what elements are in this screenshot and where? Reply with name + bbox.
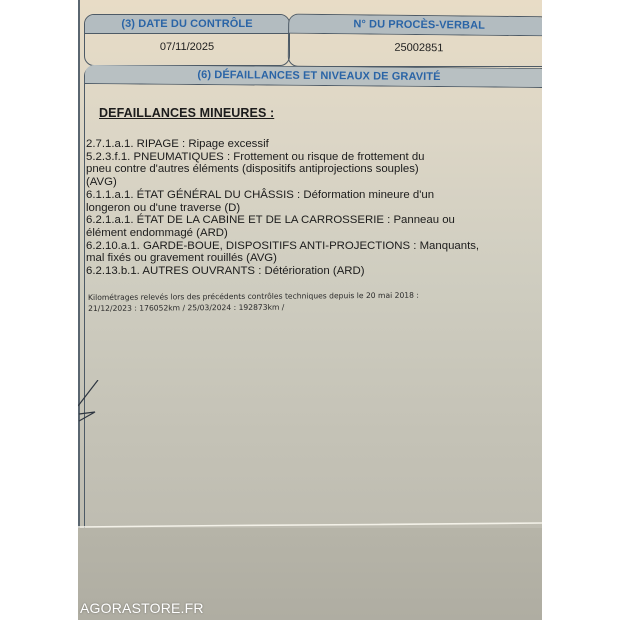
document-photo: (3) DATE DU CONTRÔLE 07/11/2025 N° DU PR…	[78, 0, 542, 620]
defects-section-title: (6) DÉFAILLANCES ET NIVEAUX DE GRAVITÉ	[85, 65, 542, 88]
pv-number-value: 25002851	[289, 34, 542, 56]
watermark: AGORASTORE.FR	[80, 600, 204, 616]
date-control-box: (3) DATE DU CONTRÔLE 07/11/2025	[84, 14, 290, 66]
mileage-history: Kilométrages relevés lors des précédents…	[88, 289, 533, 314]
minor-defects-heading: DEFAILLANCES MINEURES :	[99, 106, 533, 120]
defect-line: pneu contre d'autres éléments (dispositi…	[86, 163, 533, 176]
page-fold-line	[78, 522, 542, 528]
pv-number-box: N° DU PROCÈS-VERBAL 25002851	[288, 14, 542, 70]
pen-mark-icon	[78, 380, 118, 430]
mileage-readings: 21/12/2023 : 176052km / 25/03/2024 : 192…	[88, 300, 533, 314]
defect-line: 6.2.13.b.1. AUTRES OUVRANTS : Détériorat…	[86, 265, 533, 278]
defect-line: élément endommagé (ARD)	[86, 227, 533, 240]
defect-line: (AVG)	[86, 176, 533, 189]
defect-line: 2.7.1.a.1. RIPAGE : Ripage excessif	[86, 138, 533, 151]
defect-line: 6.1.1.a.1. ÉTAT GÉNÉRAL DU CHÂSSIS : Déf…	[86, 189, 533, 202]
date-control-value: 07/11/2025	[85, 34, 289, 53]
defect-line: longeron ou d'une traverse (D)	[86, 202, 533, 215]
defect-line: mal fixés ou gravement rouillés (AVG)	[86, 252, 533, 265]
date-control-title: (3) DATE DU CONTRÔLE	[85, 15, 289, 34]
defect-line: 6.2.10.a.1. GARDE-BOUE, DISPOSITIFS ANTI…	[86, 240, 533, 253]
defect-line: 6.2.1.a.1. ÉTAT DE LA CABINE ET DE LA CA…	[86, 214, 533, 227]
defects-content: DEFAILLANCES MINEURES : 2.7.1.a.1. RIPAG…	[83, 106, 533, 314]
defect-list: 2.7.1.a.1. RIPAGE : Ripage excessif 5.2.…	[86, 138, 533, 278]
defect-line: 5.2.3.f.1. PNEUMATIQUES : Frottement ou …	[86, 151, 533, 164]
